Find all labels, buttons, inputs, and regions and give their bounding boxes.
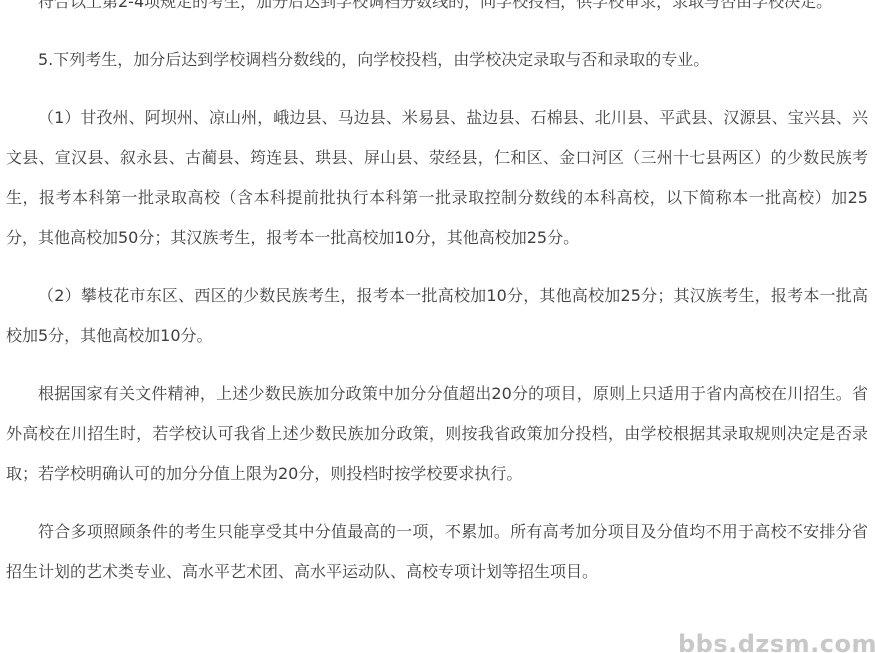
paragraph-item5-intro: 5.下列考生，加分后达到学校调档分数线的，向学校投档，由学校决定录取与否和录取的… (6, 40, 868, 80)
paragraph-item5-sub2: （2）攀枝花市东区、西区的少数民族考生，报考本一批高校加10分，其他高校加25分… (6, 276, 868, 356)
site-watermark: bbs.dzsm.com (678, 630, 875, 653)
paragraph-minority-policy-note: 根据国家有关文件精神，上述少数民族加分政策中加分分值超出20分的项目，原则上只适… (6, 374, 868, 494)
clipped-top-line: 符合以上第2-4项规定的考生，加分后达到学校调档分数线的，向学校投档，供学校审录… (6, 0, 868, 22)
policy-document: 符合以上第2-4项规定的考生，加分后达到学校调档分数线的，向学校投档，供学校审录… (6, 0, 868, 610)
paragraph-no-accumulation-note: 符合多项照顾条件的考生只能享受其中分值最高的一项，不累加。所有高考加分项目及分值… (6, 512, 868, 592)
paragraph-item5-sub1: （1）甘孜州、阿坝州、凉山州，峨边县、马边县、米易县、盐边县、石棉县、北川县、平… (6, 98, 868, 258)
